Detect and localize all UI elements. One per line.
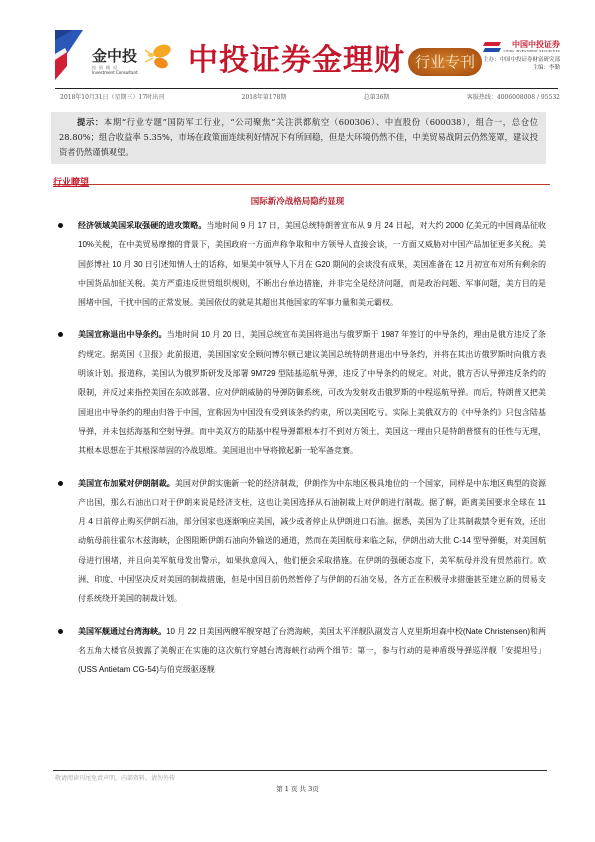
list-item: 美国宣布加紧对伊朗制裁。美国对伊朗实施新一轮的经济制裁，伊朗作为中东地区极具地位…: [58, 474, 546, 609]
list-item: 美国军舰通过台湾海峡。10 月 22 日美国两艘军舰穿越了台湾海峡，美国太平洋舰…: [58, 622, 546, 680]
bullet-icon: [58, 332, 63, 337]
org-mark-icon: [483, 42, 501, 52]
masthead: 金中投 投资顾问 Investment Consultant 中投证券金理财 行…: [55, 28, 560, 88]
tip-text: 本期“行业专题”国防军工行业，“公司聚焦”关注洪都航空（600306）、中直股份…: [59, 117, 538, 157]
list-item: 美国宣称退出中导条约。当地时间 10 月 20 日，美国总统宣布美国将退出与俄罗…: [58, 325, 546, 460]
item-text: 当地时间 10 月 20 日，美国总统宣布美国将退出与俄罗斯于 1987 年签订…: [78, 330, 546, 455]
butterfly-icon: [143, 44, 173, 70]
org-logo: 中国中投证券 CHINA INVESTMENT SECURITIES: [430, 40, 560, 53]
corner-logo-icon: [55, 30, 85, 80]
page-number: 第 1 页 共 3页: [0, 784, 595, 794]
item-text: 当地时间 9 月 17 日，美国总统特朗普宣布从 9 月 24 日起，对大约 2…: [78, 221, 546, 307]
item-lead: 美国军舰通过台湾海峡。: [78, 627, 166, 636]
article-body: 经济领域美国采取强硬的进攻策略。当地时间 9 月 17 日，美国总统特朗普宣布从…: [58, 216, 546, 693]
org-name-en: CHINA INVESTMENT SECURITIES: [504, 49, 561, 53]
disclaimer: 敬请阅读刊尾免责声明，内部资料，请勿外传: [55, 774, 175, 783]
footer-divider: [53, 770, 547, 771]
total-issue: 总第36期: [364, 93, 390, 102]
issue-date: 2018年10月31日（星期三）17时出刊: [60, 93, 164, 102]
hotline: 客服热线：4006008008 / 95532: [467, 93, 560, 102]
tip-box: 提示：本期“行业专题”国防军工行业，“公司聚焦”关注洪都航空（600306）、中…: [51, 112, 546, 164]
item-lead: 美国宣称退出中导条约。: [78, 330, 167, 339]
tip-label: 提示：: [77, 117, 104, 127]
bullet-icon: [58, 629, 63, 634]
issue-number: 2018年第178期: [242, 93, 287, 102]
bullet-icon: [58, 223, 63, 228]
publisher-block: 中国中投证券 CHINA INVESTMENT SECURITIES 主办：中国…: [430, 40, 560, 72]
bullet-icon: [58, 481, 63, 486]
item-text: 美国对伊朗实施新一轮的经济制裁，伊朗作为中东地区极具地位的一个国家，同样是中东地…: [78, 479, 546, 604]
editor-text: 主编：李勤: [430, 64, 560, 72]
publication-title: 中投证券金理财: [188, 44, 405, 78]
section-header: 行业瞭望: [53, 170, 550, 185]
brand-english: Investment Consultant: [92, 70, 172, 75]
list-item: 经济领域美国采取强硬的进攻策略。当地时间 9 月 17 日，美国总统特朗普宣布从…: [58, 216, 546, 312]
item-lead: 美国宣布加紧对伊朗制裁。: [78, 479, 175, 488]
issue-info-bar: 2018年10月31日（星期三）17时出刊 2018年第178期 总第36期 客…: [60, 93, 560, 102]
sponsor-text: 主办：中国中投证券财富研究部: [430, 56, 560, 64]
article-title: 国际新冷战格局隐约显现: [0, 196, 595, 208]
org-name: 中国中投证券: [504, 40, 561, 49]
item-lead: 经济领域美国采取强硬的进攻策略。: [78, 221, 206, 230]
header-divider: [55, 88, 558, 89]
section-title: 行业瞭望: [53, 178, 89, 188]
